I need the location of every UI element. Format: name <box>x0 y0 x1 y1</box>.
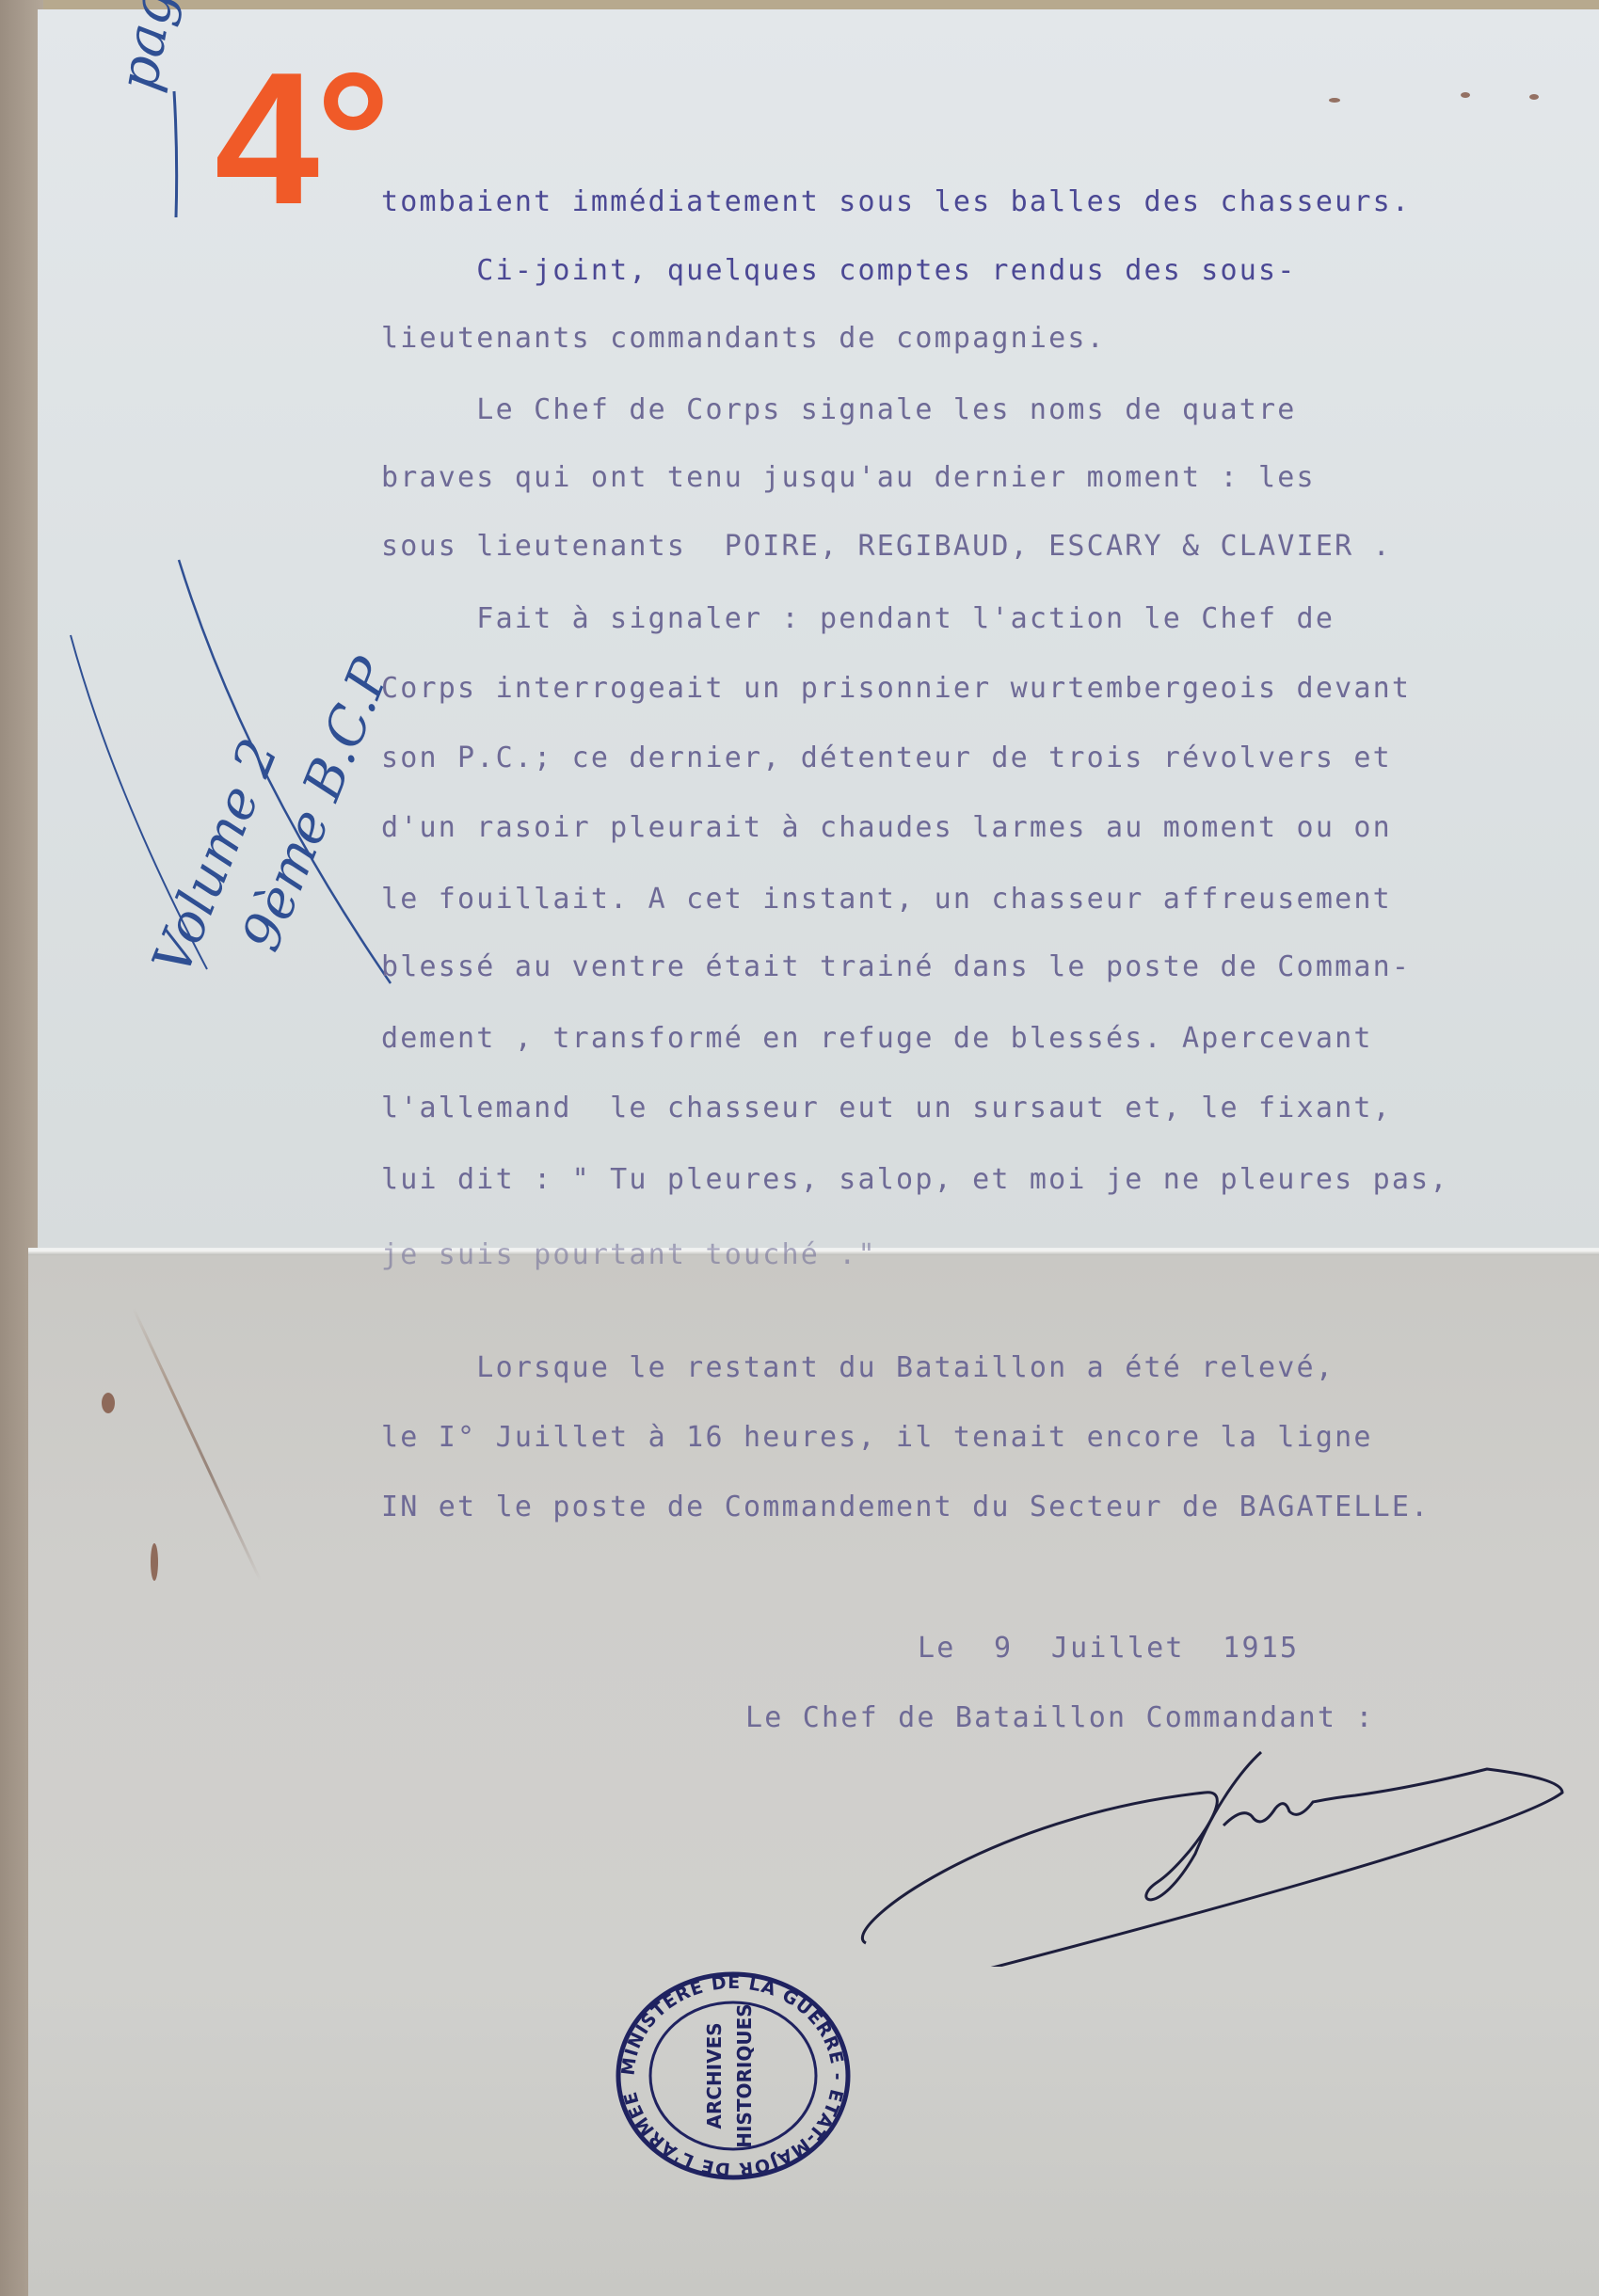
body-line: son P.C.; ce dernier, détenteur de trois… <box>381 741 1392 774</box>
body-line: le fouillait. A cet instant, un chasseur… <box>381 883 1392 916</box>
body-line: Fait à signaler : pendant l'action le Ch… <box>381 602 1335 635</box>
body-line: lui dit : " Tu pleures, salop, et moi je… <box>381 1163 1449 1196</box>
staple-hole <box>1529 94 1539 100</box>
body-line: Le Chef de Corps signale les noms de qua… <box>381 393 1297 426</box>
handwritten-underline <box>165 89 184 221</box>
closing-date: Le 9 Juillet 1915 <box>918 1632 1299 1665</box>
body-line: Lorsque le restant du Bataillon a été re… <box>381 1351 1335 1384</box>
handwritten-bracket-lines <box>56 536 395 988</box>
rust-stain <box>102 1393 115 1413</box>
stamp-inner-line1: ARCHIVES <box>703 2022 726 2129</box>
rust-stain <box>151 1543 158 1581</box>
body-line: braves qui ont tenu jusqu'au dernier mom… <box>381 461 1316 494</box>
body-line: tombaient immédiatement sous les balles … <box>381 185 1411 218</box>
staple-hole <box>1461 92 1470 98</box>
body-line: blessé au ventre était trainé dans le po… <box>381 950 1411 983</box>
body-line: Ci-joint, quelques comptes rendus des so… <box>381 254 1297 287</box>
body-line: Corps interrogeait un prisonnier wurtemb… <box>381 672 1411 705</box>
staple-hole <box>1329 98 1340 103</box>
signatory-title: Le Chef de Bataillon Commandant : <box>745 1701 1375 1734</box>
body-line: lieutenants commandants de compagnies. <box>381 322 1106 355</box>
body-line: d'un rasoir pleurait à chaudes larmes au… <box>381 811 1392 844</box>
typed-body: tombaient immédiatement sous les balles … <box>0 0 39 757</box>
body-line: IN et le poste de Commandement du Secteu… <box>381 1491 1430 1523</box>
body-line: le I° Juillet à 16 heures, il tenait enc… <box>381 1421 1373 1454</box>
body-line: l'allemand le chasseur eut un sursaut et… <box>381 1092 1392 1124</box>
body-line: dement , transformé en refuge de blessés… <box>381 1022 1373 1055</box>
page-number-overlay: 4° <box>215 45 387 233</box>
signature <box>847 1741 1581 1967</box>
body-line-folded: je suis pourtant touché ." <box>381 1238 877 1271</box>
archives-stamp: MINISTÈRE DE LA GUERRE - ÉTAT-MAJOR DE L… <box>610 1961 856 2187</box>
body-line: sous lieutenants POIRE, REGIBAUD, ESCARY… <box>381 530 1392 563</box>
stamp-inner-line2: HISTORIQUES <box>733 2003 756 2147</box>
